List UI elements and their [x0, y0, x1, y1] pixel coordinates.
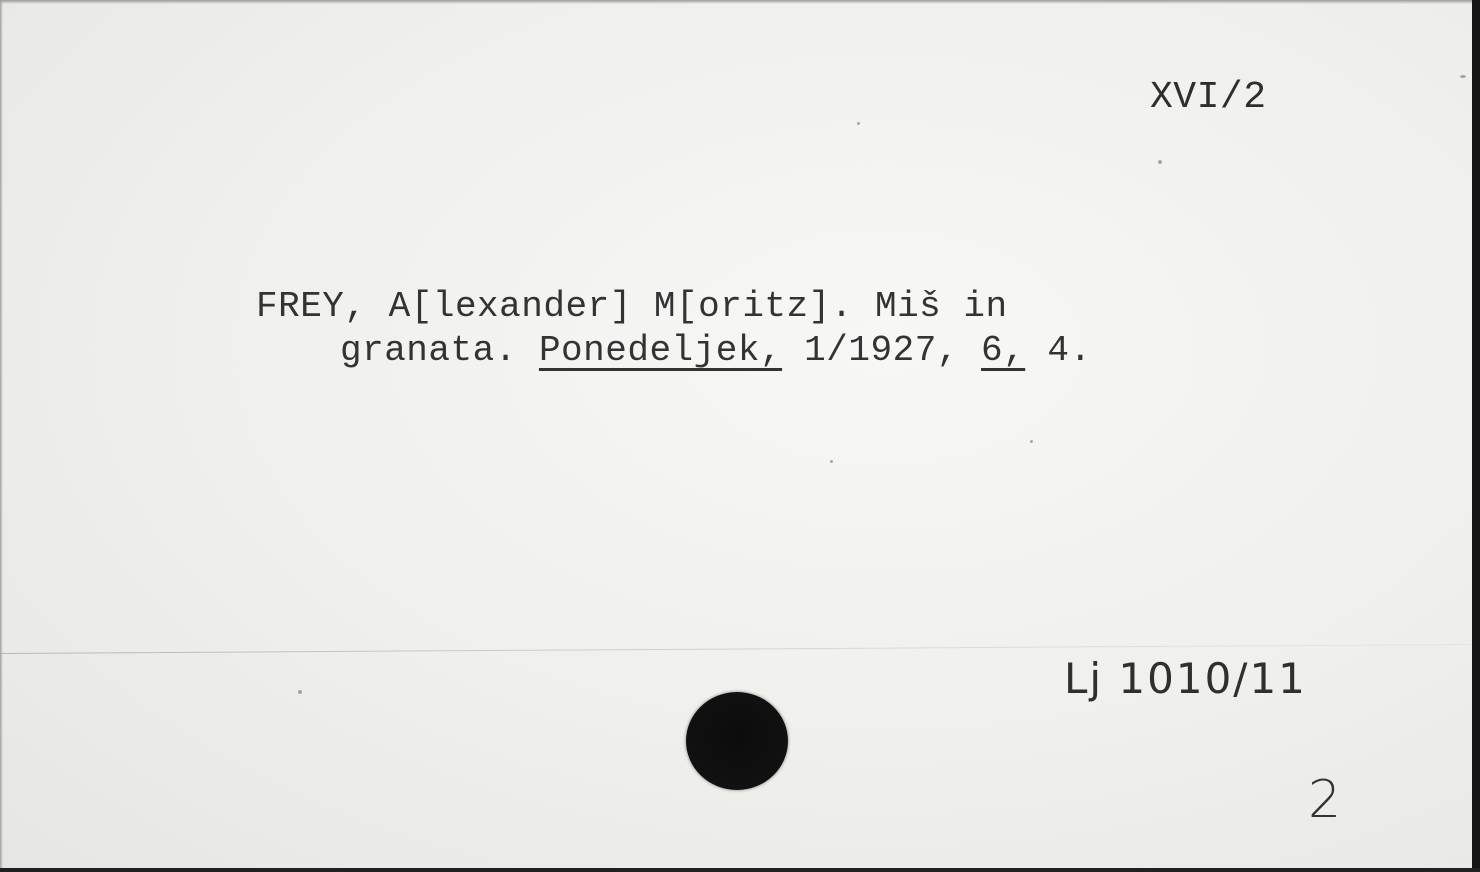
card-crease-line	[0, 644, 1472, 654]
author-middle-name: oritz	[698, 286, 809, 327]
scan-border-right	[1472, 0, 1480, 872]
bibliographic-entry-line-2: granata. Ponedeljek, 1/1927, 6, 4.	[340, 330, 1092, 371]
paper-speck	[1460, 75, 1466, 78]
periodical-issue: 1/1927,	[782, 330, 981, 371]
paper-speck	[298, 690, 302, 694]
shelfmark: Lj 1010/11	[1064, 654, 1307, 703]
punch-hole	[686, 692, 788, 790]
scan-border-bottom	[0, 868, 1480, 872]
editorial-bracket-close: ]	[809, 286, 831, 327]
periodical-name: Ponedeljek,	[539, 330, 782, 371]
work-title-end: granata.	[340, 330, 539, 371]
editorial-bracket-close: ]	[610, 286, 632, 327]
copy-number: 2	[1308, 770, 1342, 830]
bibliographic-entry-line-1: FREY, A[lexander] M[oritz]. Miš in	[256, 286, 1008, 327]
work-title-start: . Miš in	[831, 286, 1008, 327]
classification-signature: XVI/2	[1150, 76, 1267, 119]
paper-speck	[1158, 160, 1162, 164]
author-surname: FREY, A	[256, 286, 411, 327]
page-number: 4.	[1025, 330, 1091, 371]
editorial-bracket-open: [	[676, 286, 698, 327]
editorial-bracket-open: [l	[411, 286, 455, 327]
paper-speck	[830, 460, 833, 463]
author-middle-initial: M	[632, 286, 676, 327]
issue-number: 6,	[981, 330, 1025, 371]
paper-speck	[857, 122, 860, 125]
catalog-card: XVI/2 FREY, A[lexander] M[oritz]. Miš in…	[0, 0, 1472, 868]
paper-speck	[1030, 440, 1033, 443]
author-given-name: exander	[455, 286, 610, 327]
